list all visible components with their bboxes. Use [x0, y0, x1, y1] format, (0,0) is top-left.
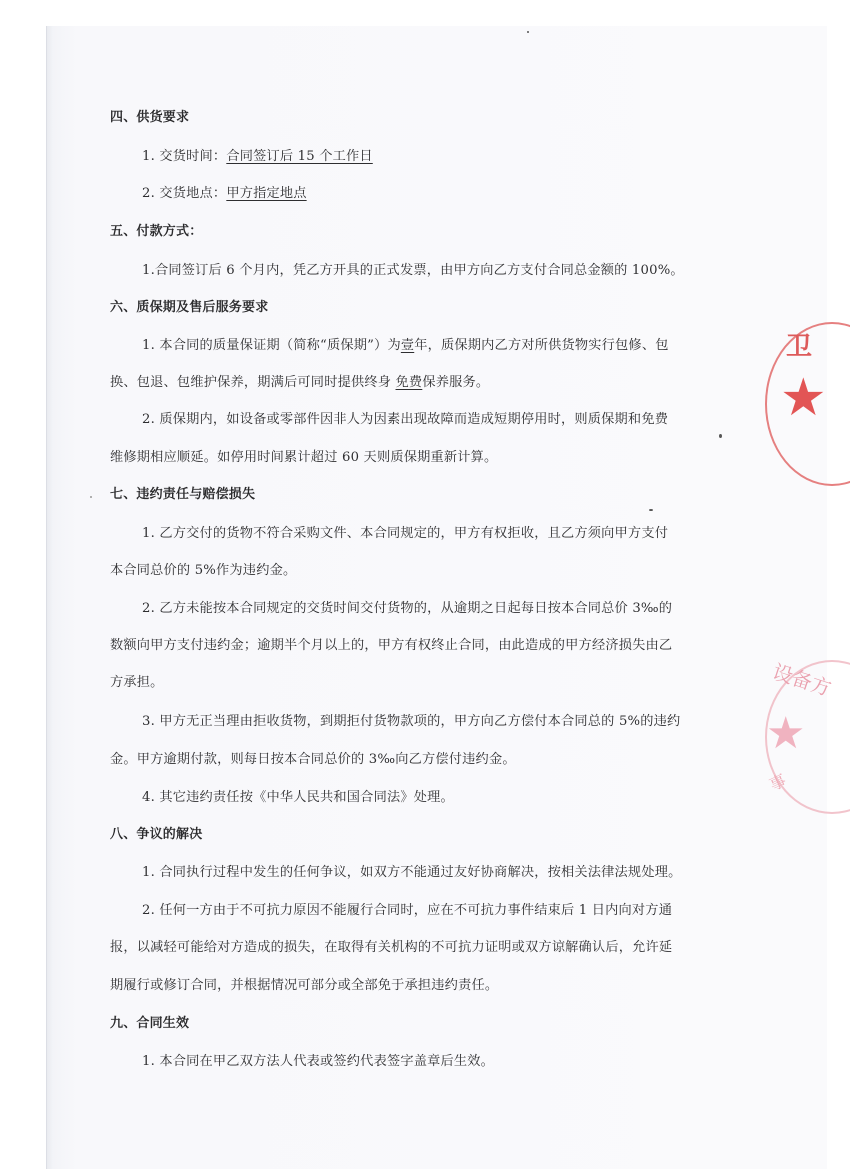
- delivery-place-label: 2. 交货地点：: [142, 186, 226, 201]
- warranty-text: 年，质保期内乙方对所供货物实行包修、包: [414, 338, 668, 353]
- delivery-time-label: 1. 交货时间：: [142, 149, 226, 164]
- liability-clause-4: 4. 其它违约责任按《中华人民共和国合同法》处理。: [142, 786, 454, 805]
- free-service-value: 免费: [396, 375, 423, 390]
- scan-speck: [527, 31, 529, 33]
- liability-clause-2-line3: 方承担。: [110, 671, 164, 690]
- warranty-clause-1-line2: 换、包退、包维护保养，期满后可同时提供终身 免费保养服务。: [110, 371, 489, 390]
- warranty-text: 保养服务。: [422, 375, 489, 390]
- section-heading-supply: 四、供货要求: [110, 106, 189, 125]
- liability-clause-1-line1: 1. 乙方交付的货物不符合采购文件、本合同规定的，甲方有权拒收，且乙方须向甲方支…: [142, 522, 668, 541]
- warranty-clause-2-line2: 维修期相应顺延。如停用时间累计超过 60 天则质保期重新计算。: [110, 446, 497, 465]
- delivery-time-line: 1. 交货时间：合同签订后 15 个工作日: [142, 145, 373, 164]
- delivery-place-line: 2. 交货地点：甲方指定地点: [142, 182, 307, 201]
- section-heading-warranty: 六、质保期及售后服务要求: [110, 296, 268, 315]
- payment-clause-1: 1.合同签订后 6 个月内，凭乙方开具的正式发票，由甲方向乙方支付合同总金额的 …: [142, 259, 684, 278]
- scan-speck: [90, 496, 92, 498]
- dispute-clause-2-line2: 报，以减轻可能给对方造成的损失，在取得有关机构的不可抗力证明或双方谅解确认后，允…: [110, 936, 672, 955]
- liability-clause-2-line1: 2. 乙方未能按本合同规定的交货时间交付货物的，从逾期之日起每日按本合同总价 3…: [142, 597, 672, 616]
- scanned-page: 四、供货要求 1. 交货时间：合同签订后 15 个工作日 2. 交货地点：甲方指…: [0, 0, 850, 1169]
- warranty-text: 换、包退、包维护保养，期满后可同时提供终身: [110, 375, 396, 390]
- dispute-clause-1: 1. 合同执行过程中发生的任何争议，如双方不能通过友好协商解决，按相关法律法规处…: [142, 861, 681, 880]
- warranty-years-value: 壹: [401, 338, 414, 353]
- section-heading-liability: 七、违约责任与赔偿损失: [110, 483, 255, 502]
- warranty-text: 1. 本合同的质量保证期（简称“质保期”）为: [142, 338, 401, 353]
- dispute-clause-2-line1: 2. 任何一方由于不可抗力原因不能履行合同时，应在不可抗力事件结束后 1 日内向…: [142, 899, 672, 918]
- effectiveness-clause-1: 1. 本合同在甲乙双方法人代表或签约代表签字盖章后生效。: [142, 1050, 494, 1069]
- liability-clause-1-line2: 本合同总价的 5%作为违约金。: [110, 559, 296, 578]
- seal-star-icon: ★: [780, 372, 827, 424]
- seal-upper-text: 卫: [786, 334, 812, 360]
- section-heading-disputes: 八、争议的解决: [110, 823, 202, 842]
- scan-speck: [719, 434, 722, 438]
- warranty-clause-2-line1: 2. 质保期内，如设备或零部件因非人为因素出现故障而造成短期停用时，则质保期和免…: [142, 408, 668, 427]
- warranty-clause-1-line1: 1. 本合同的质量保证期（简称“质保期”）为壹年，质保期内乙方对所供货物实行包修…: [142, 334, 669, 353]
- section-heading-effectiveness: 九、合同生效: [110, 1012, 189, 1031]
- delivery-place-value: 甲方指定地点: [226, 186, 306, 201]
- liability-clause-3-line2: 金。甲方逾期付款，则每日按本合同总价的 3‰向乙方偿付违约金。: [110, 748, 516, 767]
- scan-speck: [649, 509, 653, 511]
- delivery-time-value: 合同签订后 15 个工作日: [226, 149, 372, 164]
- dispute-clause-2-line3: 期履行或修订合同，并根据情况可部分或全部免于承担违约责任。: [110, 974, 498, 993]
- liability-clause-2-line2: 数额向甲方支付违约金；逾期半个月以上的，甲方有权终止合同，由此造成的甲方经济损失…: [110, 634, 672, 653]
- seal-star-icon: ★: [766, 712, 805, 756]
- liability-clause-3-line1: 3. 甲方无正当理由拒收货物，到期拒付货物款项的，甲方向乙方偿付本合同总的 5%…: [142, 710, 680, 729]
- section-heading-payment: 五、付款方式：: [110, 220, 202, 239]
